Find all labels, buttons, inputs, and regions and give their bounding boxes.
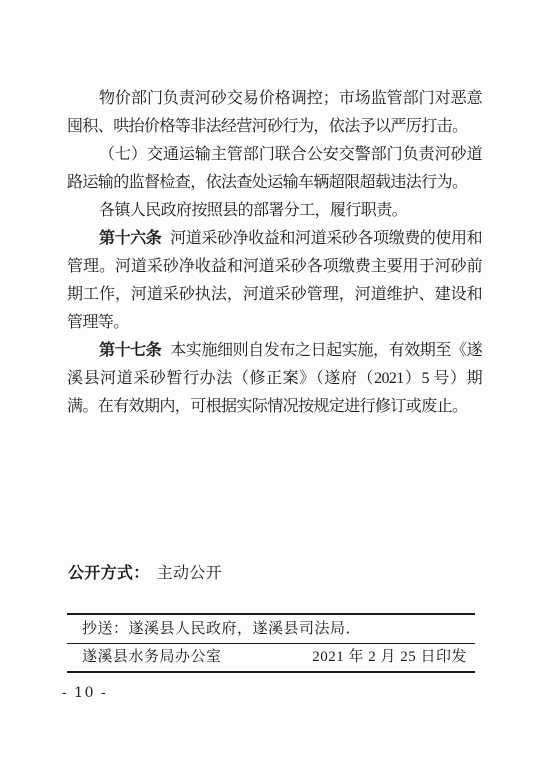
colophon: 抄送：遂溪县人民政府，遂溪县司法局． 遂溪县水务局办公室 2021 年 2 月 … bbox=[67, 613, 475, 673]
paragraph-text: 各镇人民政府按照县的部署分工，履行职责。 bbox=[99, 202, 407, 219]
publicity-label: 公开方式： bbox=[68, 565, 150, 582]
document-page: 物价部门负责河砂交易价格调控；市场监管部门对恶意囤积、哄抬价格等非法经营河砂行为… bbox=[0, 0, 540, 760]
article-number: 第十六条 bbox=[99, 230, 161, 247]
body-paragraph: （七）交通运输主管部门联合公安交警部门负责河砂道路运输的监督检查，依法查处运输车… bbox=[67, 141, 482, 197]
body-paragraph: 各镇人民政府按照县的部署分工，履行职责。 bbox=[67, 197, 482, 225]
body-paragraph: 第十七条本实施细则自发布之日起实施，有效期至《遂溪县河道采砂暂行办法（修正案》（… bbox=[67, 337, 482, 421]
print-date: 2021 年 2 月 25 日印发 bbox=[312, 644, 467, 671]
cc-line: 抄送：遂溪县人民政府，遂溪县司法局． bbox=[82, 621, 361, 637]
publicity-line: 公开方式：主动公开 bbox=[68, 560, 222, 583]
publicity-value: 主动公开 bbox=[157, 565, 222, 582]
body-paragraph: 物价部门负责河砂交易价格调控；市场监管部门对恶意囤积、哄抬价格等非法经营河砂行为… bbox=[67, 85, 482, 141]
issuing-office: 遂溪县水务局办公室 bbox=[82, 644, 222, 671]
colophon-cc-row: 抄送：遂溪县人民政府，遂溪县司法局． bbox=[67, 615, 475, 644]
colophon-issue-row: 遂溪县水务局办公室 2021 年 2 月 25 日印发 bbox=[67, 644, 475, 671]
document-body: 物价部门负责河砂交易价格调控；市场监管部门对恶意囤积、哄抬价格等非法经营河砂行为… bbox=[67, 85, 482, 421]
page-number: - 10 - bbox=[62, 685, 107, 701]
paragraph-text: （七）交通运输主管部门联合公安交警部门负责河砂道路运输的监督检查，依法查处运输车… bbox=[67, 146, 482, 191]
body-paragraph: 第十六条河道采砂净收益和河道采砂各项缴费的使用和管理。河道采砂净收益和河道采砂各… bbox=[67, 225, 482, 337]
article-number: 第十七条 bbox=[99, 342, 161, 359]
paragraph-text: 物价部门负责河砂交易价格调控；市场监管部门对恶意囤积、哄抬价格等非法经营河砂行为… bbox=[67, 90, 482, 135]
